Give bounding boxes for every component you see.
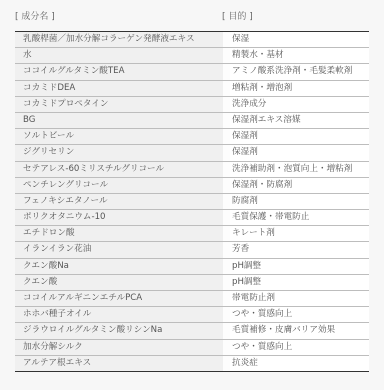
column-gap [223, 32, 230, 47]
ingredient-purpose: 芳香 [230, 242, 369, 257]
ingredient-purpose: 毛質補修・皮膚バリア効果 [230, 323, 369, 338]
table-row: ココイルアルギニンエチルPCA帯電防止剤 [15, 291, 369, 307]
ingredient-purpose: 洗浄補助剤・泡質向上・増粘剤 [230, 162, 369, 177]
column-gap [223, 129, 230, 144]
table-row: ソルトビール保湿剤 [15, 129, 369, 145]
ingredient-name: 水 [15, 48, 223, 63]
ingredient-purpose: つや・質感向上 [230, 340, 369, 355]
table-body: 乳酸桿菌／加水分解コラーゲン発酵液エキス保湿水精製水・基材ココイルグルタミン酸T… [15, 32, 369, 372]
column-gap [223, 210, 230, 225]
ingredient-purpose: 防腐剤 [230, 194, 369, 209]
table-row: クエン酸pH調整 [15, 275, 369, 291]
ingredient-purpose: つや・質感向上 [230, 307, 369, 322]
column-gap [223, 81, 230, 96]
ingredient-purpose: キレート剤 [230, 226, 369, 241]
table-row: クエン酸NapH調整 [15, 259, 369, 275]
ingredient-purpose: 帯電防止剤 [230, 291, 369, 306]
ingredient-name: イランイラン花油 [15, 242, 223, 257]
column-gap [223, 242, 230, 257]
ingredient-purpose: 増粘剤・増泡剤 [230, 81, 369, 96]
column-gap [223, 291, 230, 306]
ingredient-name: ポリクオタニウム-10 [15, 210, 223, 225]
ingredient-name: ジグリセリン [15, 145, 223, 160]
header-ingredient-name: [ 成分名 ] [15, 9, 222, 22]
column-gap [223, 275, 230, 290]
table-row: ポリクオタニウム-10毛質保護・帯電防止 [15, 210, 369, 226]
ingredient-name: BG [15, 113, 223, 128]
column-gap [223, 340, 230, 355]
ingredient-purpose: 抗炎症 [230, 356, 369, 371]
column-gap [223, 323, 230, 338]
column-gap [223, 113, 230, 128]
ingredient-name: エチドロン酸 [15, 226, 223, 241]
table-row: ココイルグルタミン酸TEAアミノ酸系洗浄剤・毛髪柔軟剤 [15, 64, 369, 80]
ingredient-name: ソルトビール [15, 129, 223, 144]
column-gap [223, 48, 230, 63]
ingredient-purpose: アミノ酸系洗浄剤・毛髪柔軟剤 [230, 64, 369, 79]
ingredient-purpose: pH調整 [230, 259, 369, 274]
table-row: フェノキシエタノール防腐剤 [15, 194, 369, 210]
table-row: ジグリセリン保湿剤 [15, 145, 369, 161]
ingredient-name: ココイルアルギニンエチルPCA [15, 291, 223, 306]
column-gap [223, 226, 230, 241]
ingredient-purpose: 保湿剤 [230, 145, 369, 160]
ingredient-name: アルテア根エキス [15, 356, 223, 371]
table-row: ペンチレングリコール保湿剤・防腐剤 [15, 178, 369, 194]
ingredient-name: コカミドDEA [15, 81, 223, 96]
ingredient-purpose: 保湿 [230, 32, 369, 47]
column-gap [223, 259, 230, 274]
ingredient-name: ペンチレングリコール [15, 178, 223, 193]
column-gap [223, 356, 230, 371]
column-gap [223, 162, 230, 177]
column-gap [223, 178, 230, 193]
ingredient-purpose: 保湿剤 [230, 129, 369, 144]
ingredient-name: フェノキシエタノール [15, 194, 223, 209]
ingredient-name: クエン酸 [15, 275, 223, 290]
table-row: イランイラン花油芳香 [15, 242, 369, 258]
column-gap [223, 307, 230, 322]
ingredient-name: ココイルグルタミン酸TEA [15, 64, 223, 79]
ingredient-purpose: pH調整 [230, 275, 369, 290]
ingredient-name: セテアレス-60ミリスチルグリコール [15, 162, 223, 177]
column-gap [223, 64, 230, 79]
header-purpose: [ 目的 ] [222, 9, 369, 22]
table-row: ホホバ種子オイルつや・質感向上 [15, 307, 369, 323]
ingredient-name: 乳酸桿菌／加水分解コラーゲン発酵液エキス [15, 32, 223, 47]
table-header: [ 成分名 ] [ 目的 ] [15, 0, 369, 32]
table-row: BG保湿剤エキス溶媒 [15, 113, 369, 129]
ingredient-purpose: 洗浄成分 [230, 97, 369, 112]
ingredient-name: ホホバ種子オイル [15, 307, 223, 322]
ingredient-purpose: 保湿剤・防腐剤 [230, 178, 369, 193]
ingredient-name: ジラウロイルグルタミン酸リシンNa [15, 323, 223, 338]
table-row: 水精製水・基材 [15, 48, 369, 64]
column-gap [223, 145, 230, 160]
table-row: 乳酸桿菌／加水分解コラーゲン発酵液エキス保湿 [15, 32, 369, 48]
table-row: ジラウロイルグルタミン酸リシンNa毛質補修・皮膚バリア効果 [15, 323, 369, 339]
column-gap [223, 97, 230, 112]
table-row: エチドロン酸キレート剤 [15, 226, 369, 242]
table-row: コカミドプロペタイン洗浄成分 [15, 97, 369, 113]
table-row: アルテア根エキス抗炎症 [15, 356, 369, 372]
ingredient-purpose: 精製水・基材 [230, 48, 369, 63]
table-row: セテアレス-60ミリスチルグリコール洗浄補助剤・泡質向上・増粘剤 [15, 162, 369, 178]
ingredient-name: コカミドプロペタイン [15, 97, 223, 112]
table-row: コカミドDEA増粘剤・増泡剤 [15, 81, 369, 97]
table-row: 加水分解シルクつや・質感向上 [15, 340, 369, 356]
ingredient-table: [ 成分名 ] [ 目的 ] 乳酸桿菌／加水分解コラーゲン発酵液エキス保湿水精製… [15, 0, 369, 372]
ingredient-purpose: 保湿剤エキス溶媒 [230, 113, 369, 128]
ingredient-purpose: 毛質保護・帯電防止 [230, 210, 369, 225]
ingredient-name: 加水分解シルク [15, 340, 223, 355]
ingredient-name: クエン酸Na [15, 259, 223, 274]
column-gap [223, 194, 230, 209]
